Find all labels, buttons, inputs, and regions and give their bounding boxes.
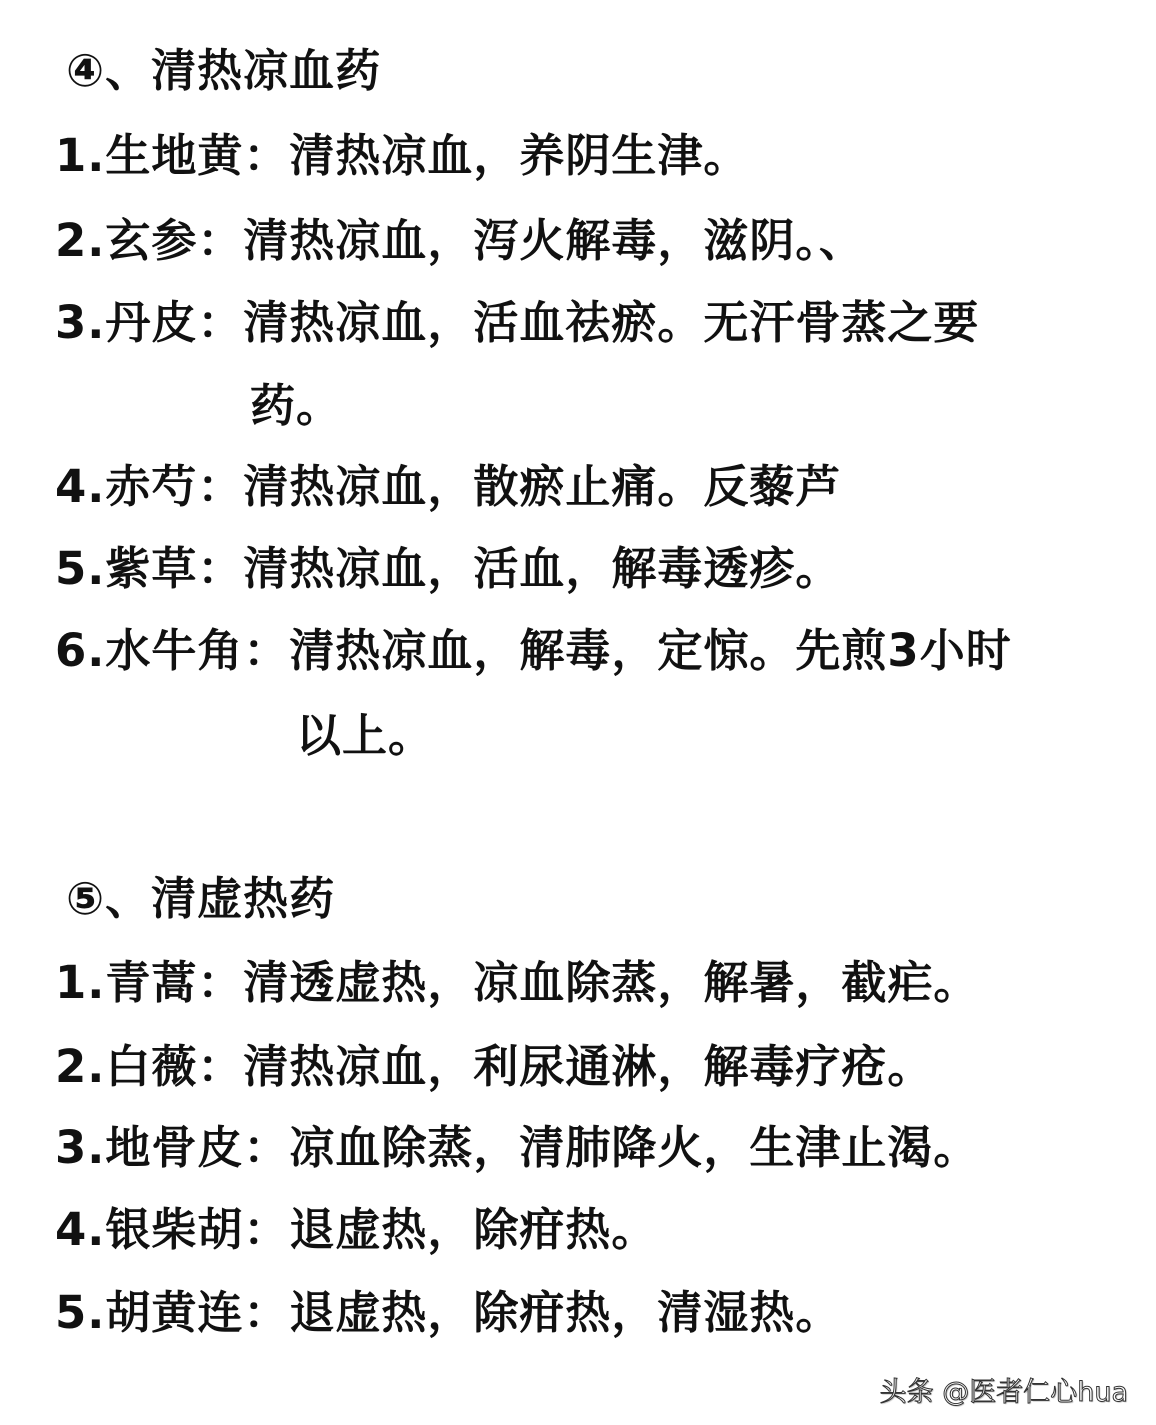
herb-name: 2.白薇： [55,1040,243,1093]
herb-description: 退虚热，除疳热。 [289,1203,657,1256]
list-item: 5.胡黄连：退虚热，除疳热，清湿热。 [55,1290,841,1335]
herb-name: 1.生地黄： [55,129,289,182]
herb-name: 1.青蒿： [55,956,243,1009]
herb-name: 6.水牛角： [55,624,289,677]
list-item: 3.地骨皮：凉血除蒸，清肺降火，生津止渴。 [55,1125,979,1170]
list-item: 6.水牛角：清热凉血，解毒，定惊。先煎3小时 [55,628,1012,673]
herb-name: 2.玄参： [55,214,243,267]
list-item: 5.紫草：清热凉血，活血，解毒透疹。 [55,546,841,591]
watermark: 头条 @医者仁心hua [880,1370,1128,1409]
section-title-cooling-blood: ④、清热凉血药 [66,48,381,93]
list-item: 2.白薇：清热凉血，利尿通淋，解毒疗疮。 [55,1044,933,1089]
herb-description: 清透虚热，凉血除蒸，解暑，截疟。 [243,956,979,1009]
list-item: 4.赤芍：清热凉血，散瘀止痛。反藜芦 [55,464,841,509]
herb-description-continuation: 以上。 [296,713,434,758]
herb-description: 退虚热，除疳热，清湿热。 [289,1286,841,1339]
herb-name: 5.胡黄连： [55,1286,289,1339]
herb-description-continuation: 药。 [250,383,342,428]
herb-name: 3.地骨皮： [55,1121,289,1174]
herb-description: 凉血除蒸，清肺降火，生津止渴。 [289,1121,979,1174]
herb-name: 5.紫草： [55,542,243,595]
herb-name: 4.银柴胡： [55,1203,289,1256]
list-item: 1.青蒿：清透虚热，凉血除蒸，解暑，截疟。 [55,960,979,1005]
list-item: 1.生地黄：清热凉血，养阴生津。 [55,133,749,178]
herb-description: 清热凉血，散瘀止痛。反藜芦 [243,460,841,513]
herb-description: 清热凉血，活血祛瘀。无汗骨蒸之要 [243,296,979,349]
list-item: 2.玄参：清热凉血，泻火解毒，滋阴。、 [55,218,865,263]
herb-name: 4.赤芍： [55,460,243,513]
list-item: 4.银柴胡：退虚热，除疳热。 [55,1207,657,1252]
herb-description: 清热凉血，养阴生津。 [289,129,749,182]
section-title-deficiency-heat: ⑤、清虚热药 [66,876,335,921]
herb-description: 清热凉血，泻火解毒，滋阴。、 [243,214,865,267]
list-item: 3.丹皮：清热凉血，活血祛瘀。无汗骨蒸之要 [55,300,979,345]
herb-description: 清热凉血，解毒，定惊。先煎3小时 [289,624,1011,677]
herb-description: 清热凉血，利尿通淋，解毒疗疮。 [243,1040,933,1093]
herb-description: 清热凉血，活血，解毒透疹。 [243,542,841,595]
herb-name: 3.丹皮： [55,296,243,349]
